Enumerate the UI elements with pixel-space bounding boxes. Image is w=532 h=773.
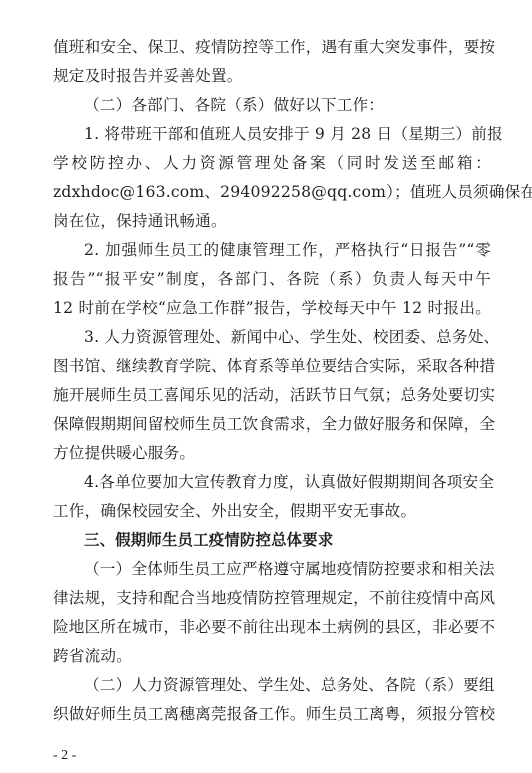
text-line: 值班和安全、保卫、疫情防控等工作，遇有重大突发事件，要按: [53, 37, 491, 57]
text-line: 保障假期期间留校师生员工饮食需求，全力做好服务和保障，全: [53, 414, 491, 434]
section-subheading: （二）各部门、各院（系）做好以下工作：: [84, 95, 491, 115]
text-line: 学校防控办、人力资源管理处备案（同时发送至邮箱：: [53, 153, 491, 173]
page-number: - 2 -: [53, 747, 76, 765]
text-line: 报告”“报平安”制度，各部门、各院（系）负责人每天中午: [53, 269, 491, 289]
text-line: 12 时前在学校“应急工作群”报告，学校每天中午 12 时报出。: [53, 298, 491, 318]
subsection-1-start: （一）全体师生员工应严格遵守属地疫情防控要求和相关法: [84, 559, 491, 579]
subsection-2-start: （二）人力资源管理处、学生处、总务处、各院（系）要组: [84, 675, 491, 695]
text-line: 方位提供暖心服务。: [53, 443, 491, 463]
text-line: 律法规，支持和配合当地疫情防控管理规定，不前往疫情中高风: [53, 588, 491, 608]
text-line: 织做好师生员工离穗离莞报备工作。师生员工离粤，须报分管校: [53, 704, 491, 724]
email-line: zdxhdoc@163.com、294092258@qq.com）；值班人员须确…: [53, 182, 491, 202]
text-line: 险地区所在城市，非必要不前往出现本土病例的县区，非必要不: [53, 617, 491, 637]
text-line: 跨省流动。: [53, 646, 491, 666]
text-line: 岗在位，保持通讯畅通。: [53, 211, 491, 231]
list-item-3-start: 3. 人力资源管理处、新闻中心、学生处、校团委、总务处、: [84, 327, 491, 347]
list-item-2-start: 2. 加强师生员工的健康管理工作，严格执行“日报告”“零: [84, 240, 491, 260]
section-heading: 三、假期师生员工疫情防控总体要求: [84, 530, 491, 550]
list-item-4-start: 4.各单位要加大宣传教育力度，认真做好假期期间各项安全: [84, 472, 491, 492]
document-page: 值班和安全、保卫、疫情防控等工作，遇有重大突发事件，要按 规定及时报告并妥善处置…: [0, 0, 532, 773]
text-line: 图书馆、继续教育学院、体育系等单位要结合实际，采取各种措: [53, 356, 491, 376]
text-line: 工作，确保校园安全、外出安全，假期平安无事故。: [53, 501, 491, 521]
text-line: 施开展师生员工喜闻乐见的活动，活跃节日气氛；总务处要切实: [53, 385, 491, 405]
list-item-1-start: 1. 将带班干部和值班人员安排于 9 月 28 日（星期三）前报: [84, 124, 491, 144]
text-line: 规定及时报告并妥善处置。: [53, 66, 491, 86]
